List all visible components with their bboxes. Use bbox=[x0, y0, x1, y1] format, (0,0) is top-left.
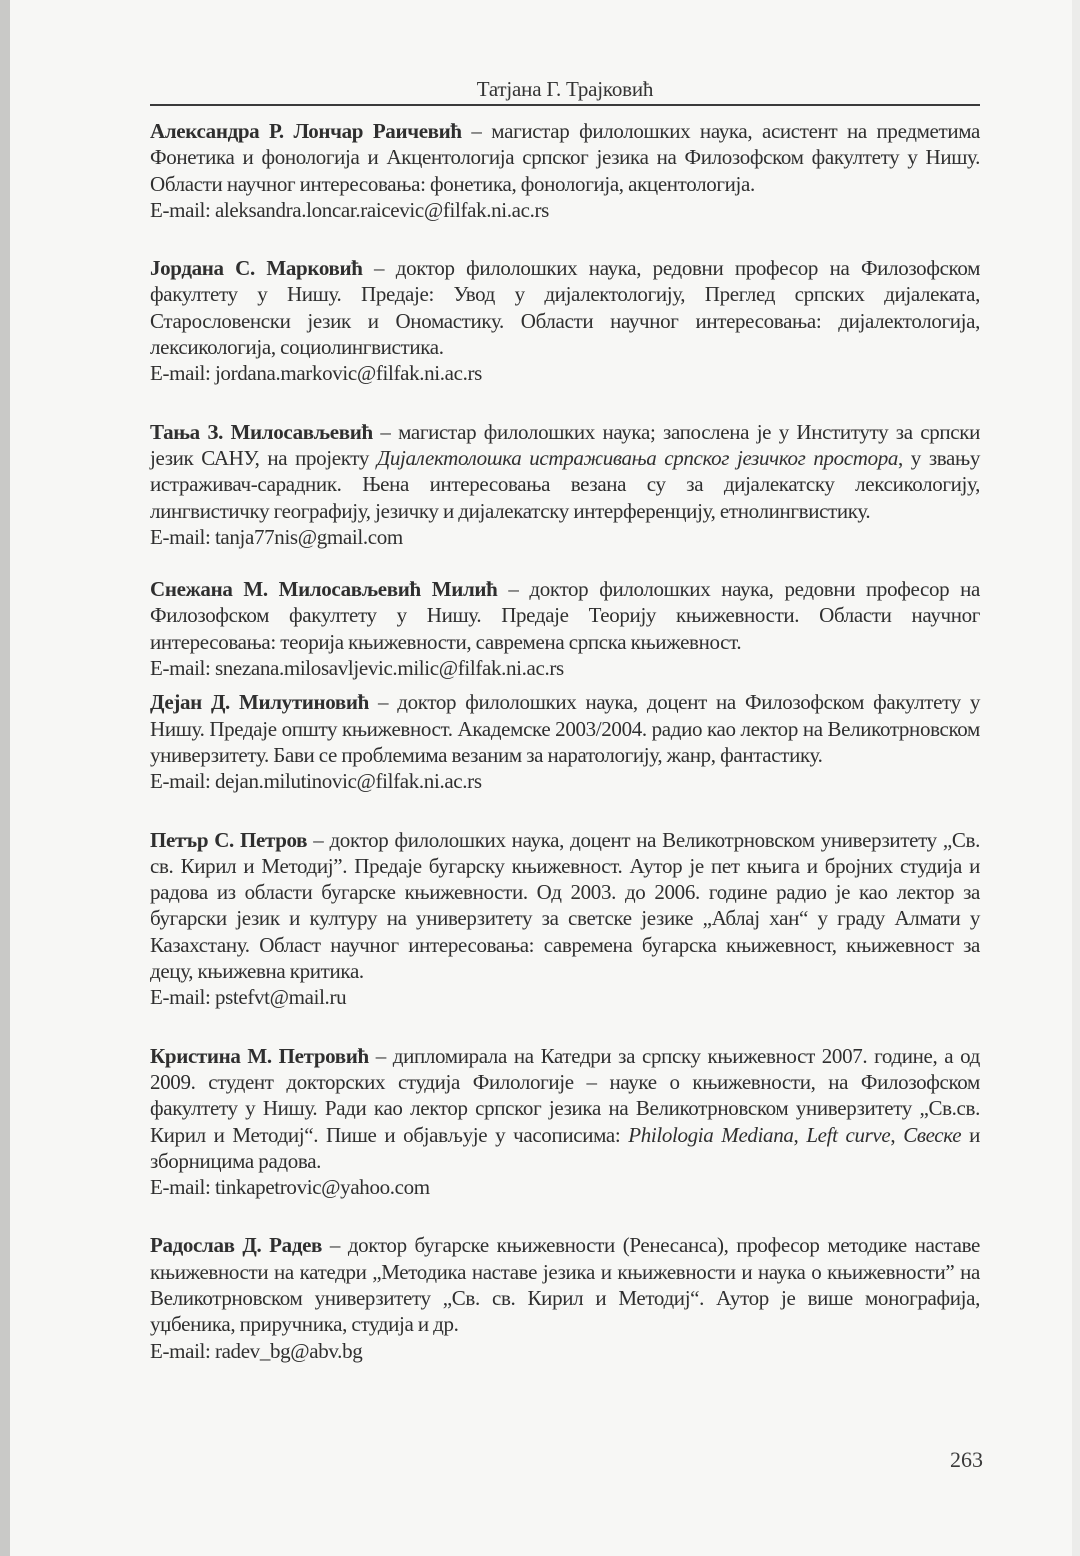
contributor-name: Александра Р. Лончар Раичевић bbox=[150, 119, 462, 143]
email-line: E-mail: radev_bg@abv.bg bbox=[150, 1338, 980, 1364]
journal-title: Свеске bbox=[903, 1123, 961, 1147]
email-address[interactable]: dejan.milutinovic@filfak.ni.ac.rs bbox=[215, 769, 482, 793]
contributor-entry: Јордана С. Марковић – доктор филолошких … bbox=[150, 255, 980, 386]
email-line: E-mail: tinkapetrovic@yahoo.com bbox=[150, 1174, 980, 1200]
email-address[interactable]: jordana.markovic@filfak.ni.ac.rs bbox=[215, 361, 482, 385]
contributor-entry: Александра Р. Лончар Раичевић – магистар… bbox=[150, 118, 980, 223]
email-address[interactable]: aleksandra.loncar.raicevic@filfak.ni.ac.… bbox=[215, 198, 549, 222]
separator: , bbox=[890, 1123, 903, 1147]
dash: – bbox=[373, 420, 398, 444]
email-line: E-mail: snezana.milosavljevic.milic@filf… bbox=[150, 655, 980, 681]
contributor-entry: Снежана М. Милосављевић Милић – доктор ф… bbox=[150, 576, 980, 681]
email-address[interactable]: tinkapetrovic@yahoo.com bbox=[215, 1175, 430, 1199]
contributor-name: Радослав Д. Радев bbox=[150, 1233, 322, 1257]
dash: – bbox=[462, 119, 492, 143]
email-address[interactable]: pstefvt@mail.ru bbox=[215, 985, 346, 1009]
dash: – bbox=[369, 1044, 393, 1068]
contributor-name: Јордана С. Марковић bbox=[150, 256, 363, 280]
email-line: E-mail: pstefvt@mail.ru bbox=[150, 984, 980, 1010]
email-label: E-mail: bbox=[150, 361, 215, 385]
email-address[interactable]: radev_bg@abv.bg bbox=[215, 1339, 362, 1363]
email-label: E-mail: bbox=[150, 985, 215, 1009]
journal-title: Left curve bbox=[806, 1123, 890, 1147]
header-rule bbox=[150, 104, 980, 106]
dash: – bbox=[363, 256, 396, 280]
email-label: E-mail: bbox=[150, 525, 215, 549]
email-line: E-mail: dejan.milutinovic@filfak.ni.ac.r… bbox=[150, 768, 980, 794]
contributor-entry: Тања З. Милосављевић – магистар филолошк… bbox=[150, 419, 980, 550]
scan-right-edge bbox=[1072, 0, 1080, 1556]
contributor-name: Дејан Д. Милутиновић bbox=[150, 690, 369, 714]
email-label: E-mail: bbox=[150, 769, 215, 793]
email-label: E-mail: bbox=[150, 656, 215, 680]
journal-title: Philologia Mediana bbox=[628, 1123, 793, 1147]
email-address[interactable]: tanja77nis@gmail.com bbox=[215, 525, 403, 549]
running-header: Татјана Г. Трајковић bbox=[150, 70, 980, 104]
contributor-entry: Петър С. Петров – доктор филолошких наук… bbox=[150, 827, 980, 1011]
dash: – bbox=[307, 828, 329, 852]
dash: – bbox=[369, 690, 397, 714]
email-line: E-mail: jordana.markovic@filfak.ni.ac.rs bbox=[150, 360, 980, 386]
email-label: E-mail: bbox=[150, 198, 215, 222]
dash: – bbox=[322, 1233, 348, 1257]
email-line: E-mail: aleksandra.loncar.raicevic@filfa… bbox=[150, 197, 980, 223]
contributor-entry: Кристина М. Петровић – дипломирала на Ка… bbox=[150, 1043, 980, 1201]
contributor-entry: Радослав Д. Радев – доктор бугарске књиж… bbox=[150, 1232, 980, 1363]
contributor-entry: Дејан Д. Милутиновић – доктор филолошких… bbox=[150, 689, 980, 794]
email-address[interactable]: snezana.milosavljevic.milic@filfak.ni.ac… bbox=[215, 656, 564, 680]
contributor-name: Снежана М. Милосављевић Милић bbox=[150, 577, 497, 601]
email-label: E-mail: bbox=[150, 1175, 215, 1199]
project-title: Дијалектолошка истраживања српског језич… bbox=[377, 446, 898, 470]
scan-left-edge bbox=[0, 0, 10, 1556]
email-line: E-mail: tanja77nis@gmail.com bbox=[150, 524, 980, 550]
dash: – bbox=[497, 577, 529, 601]
separator: , bbox=[794, 1123, 807, 1147]
document-page: Татјана Г. Трајковић Александра Р. Лонча… bbox=[150, 70, 980, 1364]
contributor-name: Тања З. Милосављевић bbox=[150, 420, 373, 444]
page-number: 263 bbox=[950, 1447, 983, 1473]
email-label: E-mail: bbox=[150, 1339, 215, 1363]
contributor-name: Петър С. Петров bbox=[150, 828, 307, 852]
contributor-name: Кристина М. Петровић bbox=[150, 1044, 369, 1068]
